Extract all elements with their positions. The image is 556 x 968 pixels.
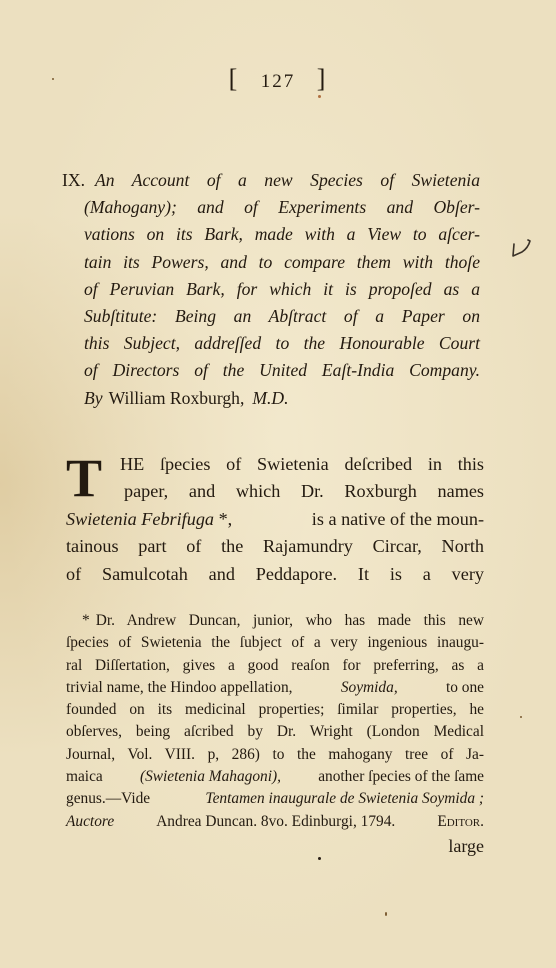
- body-line: paper, and which Dr. Roxburgh names: [66, 478, 484, 505]
- body-line: tainous part of the Rajamundry Circar, N…: [66, 533, 484, 560]
- paper-speck: [318, 95, 321, 98]
- mahagoni-term: (Swietenia Mahagoni),: [140, 766, 281, 788]
- page-number: 127: [261, 71, 296, 92]
- footnote: * Dr. Andrew Duncan, junior, who has mad…: [66, 610, 484, 857]
- body-line: HE ſpecies of Swietenia deſcribed in thi…: [66, 451, 484, 478]
- right-bracket: ]: [317, 64, 328, 93]
- title-line: of Directors of the United Eaſt-India Co…: [62, 357, 480, 384]
- soymida-term: Soymida,: [341, 677, 398, 699]
- footnote-line: maica (Swietenia Mahagoni), another ſpec…: [66, 766, 484, 788]
- title-line: of Peruvian Bark, for which it is propoſ…: [62, 276, 480, 303]
- species-name: Swietenia Febrifuga: [66, 509, 214, 529]
- page-header: [ 127 ]: [0, 64, 556, 94]
- article-number: IX.: [62, 167, 85, 194]
- title-line: (Mahogany); and of Experiments and Obſer…: [62, 194, 480, 221]
- auctore-word: Auctore: [66, 811, 114, 833]
- footnote-line: ral Diſſertation, gives a good reaſon fo…: [66, 655, 484, 677]
- author-degree: M.D.: [252, 385, 288, 412]
- tentamen-citation: Tentamen inaugurale de Swietenia Soymida…: [205, 788, 484, 810]
- title-line: this Subject, addreſſed to the Honourabl…: [62, 330, 480, 357]
- paper-speck: [318, 857, 321, 860]
- title-text: An Account of a new Species of Swietenia: [95, 167, 480, 194]
- catchword: large: [66, 835, 484, 857]
- footnote-line: Journal, Vol. VIII. p, 286) to the mahog…: [66, 744, 484, 766]
- footnote-marker: *: [82, 610, 90, 632]
- title-line: vations on its Bark, made with a View to…: [62, 221, 480, 248]
- book-page: [ 127 ] IX. An Account of a new Species …: [0, 0, 556, 968]
- body-line: Swietenia Febrifuga *, is a native of th…: [66, 506, 484, 533]
- left-bracket: [: [229, 64, 240, 93]
- byline: By William Roxburgh, M.D.: [62, 385, 480, 412]
- footnote-line: Auctore Andrea Duncan. 8vo. Edinburgi, 1…: [66, 811, 484, 833]
- footnote-line: genus.—Vide Tentamen inaugurale de Swiet…: [66, 788, 484, 810]
- footnote-reference: *,: [219, 509, 233, 529]
- footnote-line: founded on its medicinal properties; ſim…: [66, 699, 484, 721]
- byline-prefix: By: [84, 385, 103, 412]
- editor-note: Editor.: [437, 811, 484, 833]
- body-paragraph: T HE ſpecies of Swietenia deſcribed in t…: [66, 451, 484, 588]
- footnote-line: * Dr. Andrew Duncan, junior, who has mad…: [66, 610, 484, 632]
- drop-cap: T: [66, 455, 102, 501]
- body-line: of Samulcotah and Peddapore. It is a ver…: [66, 561, 484, 588]
- title-line: IX. An Account of a new Species of Swiet…: [62, 167, 480, 194]
- pencil-checkmark-icon: [510, 238, 534, 260]
- footnote-line: ſpecies of Swietenia the ſubject of a ve…: [66, 632, 484, 654]
- article-title: IX. An Account of a new Species of Swiet…: [62, 167, 480, 412]
- paper-speck: [385, 912, 387, 916]
- paper-speck: [52, 78, 54, 80]
- author-name: William Roxburgh,: [109, 385, 245, 412]
- title-line: tain its Powers, and to compare them wit…: [62, 249, 480, 276]
- paper-speck: [520, 716, 522, 718]
- footnote-line: obſerves, being aſcribed by Dr. Wright (…: [66, 721, 484, 743]
- title-line: Subſtitute: Being an Abſtract of a Paper…: [62, 303, 480, 330]
- footnote-line: trivial name, the Hindoo appellation, So…: [66, 677, 484, 699]
